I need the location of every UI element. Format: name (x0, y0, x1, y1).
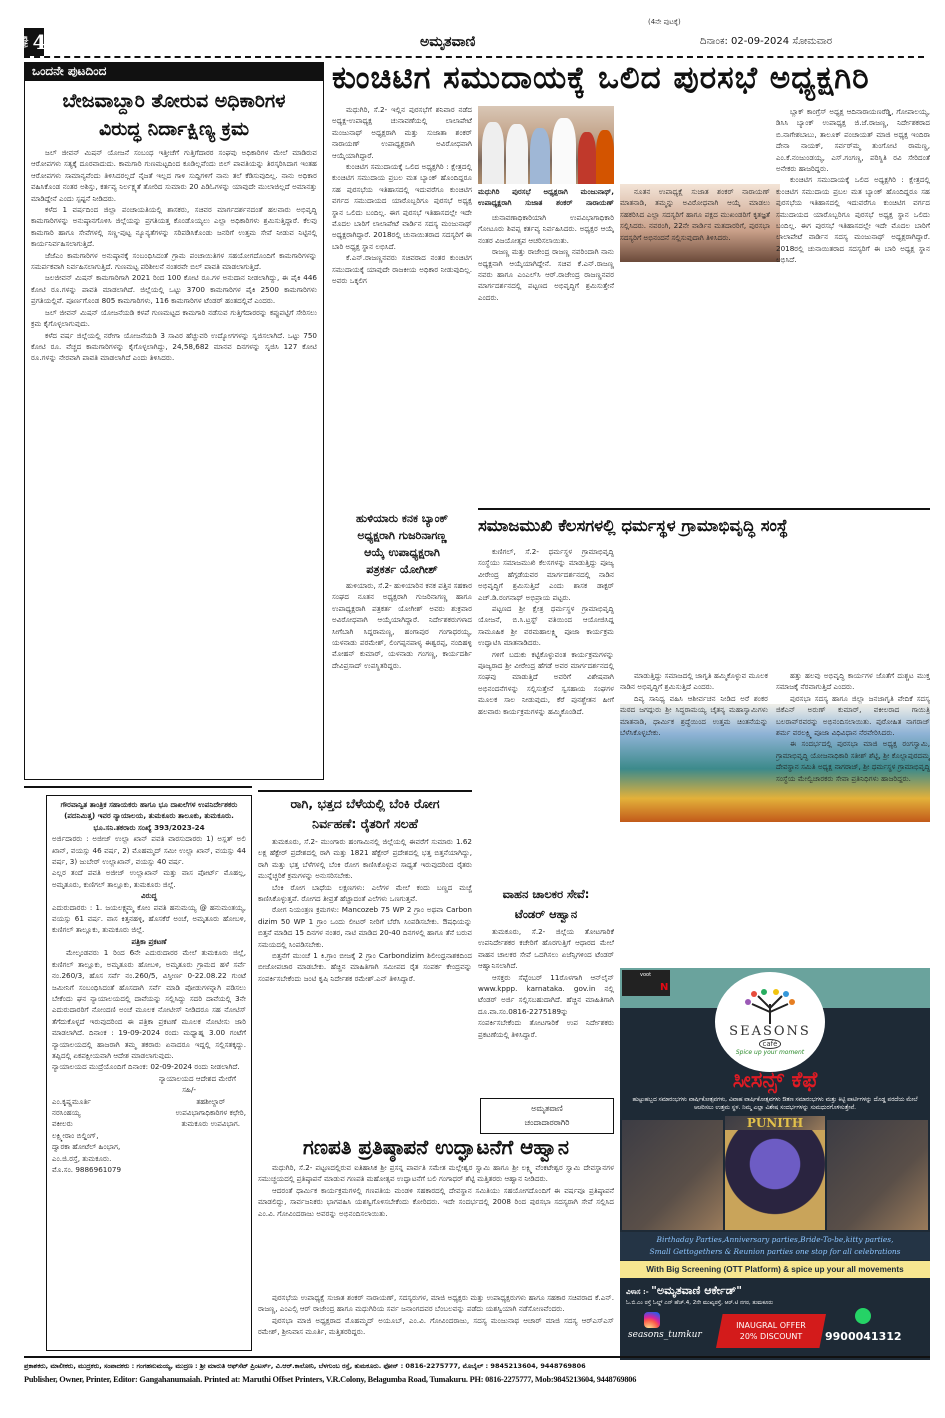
continued-from-front-label: ಒಂದನೇ ಪುಟದಿಂದ (24, 62, 324, 80)
photo-figure (530, 128, 550, 184)
photo-figure (578, 132, 596, 184)
paragraph: ಹತ್ತು ಹಲವು ಅಭಿವೃದ್ಧಿ ಕಾರ್ಯಗಳ ಜೊತೆಗೆ ದುಶ್… (776, 670, 930, 693)
advocate-address: ಲಕ್ಷ್ಮೀರಾಂ ಬಿಲ್ಡಿಂಗ್, (52, 1130, 121, 1141)
tender-body: ತುಮಕೂರು, ಸೆ.2- ಜಿಲ್ಲೆಯ ತೋಟಗಾರಿಕೆ ಉಪನಿರ್ದ… (478, 926, 614, 1094)
paragraph: ತುಮಕೂರು, ಸೆ.2- ಮುಂಗಾರು ಹಂಗಾಮಿನಲ್ಲಿ ಜಿಲ್ಲ… (258, 836, 472, 882)
paragraph: ಕೆ.ಎನ್.ರಾಜಣ್ಣನವರು ಸಚಿವರಾದ ನಂತರ ಕುಂಚಿಟಿಗ … (332, 252, 472, 286)
paragraph: ತುಮಕೂರು, ಸೆ.2- ಜಿಲ್ಲೆಯ ತೋಟಗಾರಿಕೆ ಉಪನಿರ್ದ… (478, 926, 614, 972)
story-body: ಜಲ್ ಜೀವನ್ ಮಿಷನ್ ಯೋಜನೆ ಸಂಬಂಧ ಇತ್ತೀಚೆಗೆ ಗು… (31, 147, 317, 747)
paragraph: ಗಳಿಗೆ ಬದುಕು ಕಟ್ಟಿಕೊಳ್ಳುವಂತ ಕಾರ್ಯಕ್ರಮಗಳನ್… (478, 649, 614, 717)
advocate-block: ಎಂ.ಕೃಷ್ಣಮೂರ್ತಿ ನರಸಿಂಹಯ್ಯ ವಕೀಲರು ಲಕ್ಷ್ಮೀರ… (52, 1096, 121, 1176)
ad-description: ಹುಟ್ಟುಹಬ್ಬದ ಸಮಾರಂಭಗಳು ವಾರ್ಷಿಕೋತ್ಸವಗಳು, ವ… (628, 1096, 922, 1112)
paragraph: ಬ್ಲಾಕ್ ಕಾಂಗ್ರೆಸ್ ಅಧ್ಯಕ್ಷ ಆದಿನಾರಾಯಣರೆಡ್ಡಿ… (776, 106, 930, 174)
paragraph: ಬೆಂಕಿ ರೋಗ ಬಾಧೆಯ ಲಕ್ಷಣಗಳು: ಎಲೆಗಳ ಮೇಲೆ ಕಂದ… (258, 882, 472, 905)
brand-tagline: Spice up your moment (736, 1049, 804, 1056)
publication-body: ಮೇಲ್ಕಂಡವರು 1 ರಿಂದ 6ನೇ ಎದುರುದಾರರ ಮೇಲೆ ತುಮ… (52, 947, 246, 1061)
whatsapp-icon (855, 1308, 871, 1324)
paragraph: ಬಿತ್ತನೆಗೆ ಮುಂಚೆ 1 ಕಿ.ಗ್ರಾಂ ಬೀಜಕ್ಕೆ 2 ಗ್ರ… (258, 950, 472, 984)
lead-headline: ಕುಂಚಿಟಿಗ ಸಮುದಾಯಕ್ಕೆ ಒಲಿದ ಪುರಸಭೆ ಅಧ್ಯಕ್ಷಗ… (332, 60, 932, 96)
paragraph: ಚುನಾವಣಾಧಿಕಾರಿಯಾಗಿ ಉಪವಿಭಾಗಾಧಿಕಾರಿ ಗೋಟೂರು … (478, 212, 614, 246)
continued-story: ಬೇಜವಾಬ್ದಾರಿ ತೋರುವ ಅಧಿಕಾರಿಗಳ ವಿರುದ್ಧ ನಿರ್… (24, 80, 324, 780)
photo-collage: PUNITH (622, 1120, 928, 1230)
signed: ಸಹಿ/- (52, 1084, 246, 1095)
photo-figure (506, 124, 528, 184)
paragraph: ಆದರಂತೆ ಧಾರ್ಮಿಕ ಕಾರ್ಯಕ್ರಮಗಳಲ್ಲಿ ಗಣಪತಿಯ ಮಂ… (258, 1185, 614, 1219)
collage-photo (622, 1120, 723, 1230)
collage-photo: PUNITH (725, 1120, 826, 1230)
page-label: ಪುಟ (22, 36, 32, 48)
collage-photo (827, 1120, 928, 1230)
case-number: ಭೂ.ಸನಿ.ತಕರಾರು ಸಂಖ್ಯೆ 393/2023-24 (52, 822, 246, 833)
punith-label: PUNITH (725, 1116, 826, 1130)
officer-place: ತುಮಕೂರು ಉಪವಿಭಾಗ. (176, 1118, 246, 1129)
page-number: 4 (33, 30, 47, 54)
paragraph: ಹುಳಿಯಾರು, ಸೆ.2- ಹುಳಿಯಾರಿನ ಕನಕ ಪತ್ತಿನ ಸಹಕ… (332, 580, 472, 671)
parties-line: Small Gettogethers & Reunion parties one… (620, 1246, 930, 1258)
venue-prefix: ವಿಳಾಸ :- (626, 1288, 649, 1296)
paragraph: ಕುಂಚಿಟಿಗ ಸಮುದಾಯಕ್ಕೆ ಒಲಿದ ಅಧ್ಯಕ್ಷಗಿರಿ : ಕ… (332, 161, 472, 252)
tree-icon (740, 988, 800, 1024)
paragraph: ಮಧುಗಿರಿ, ಸೆ.2- ಪಟ್ಟಣದಲ್ಲಿರುವ ಐತಿಹಾಸಿಕ ಶ್… (258, 1162, 614, 1185)
advocate-address: ಎಂ.ಜಿ.ರಸ್ತೆ, ತುಮಕೂರು. (52, 1153, 121, 1164)
applicants: ಅರ್ಜಿದಾರರು : ಅಜೀಜ್ ಉಲ್ಲಾ ಖಾನ್ ಪವತಿ ವಾರಸು… (52, 833, 246, 867)
headline-line: ವಾಹನ ಚಾಲಕರ ಸೇವೆ: (478, 884, 614, 904)
seasons-logo: SEASONS café Spice up your moment (715, 972, 825, 1072)
headline-line: ಹುಳಿಯಾರು ಕನಕ ಬ್ಯಾಂಕ್ (332, 510, 472, 527)
paragraph: ನೂತನ ಉಪಾಧ್ಯಕ್ಷೆ ಸುಜಾತ ಶಂಕರ್ ನಾರಾಯಣ್ ಮಾತನ… (620, 186, 770, 243)
footer-divider (24, 1356, 930, 1358)
story-headline-line1: ಬೇಜವಾಬ್ದಾರಿ ತೋರುವ ಅಧಿಕಾರಿಗಳ (31, 87, 317, 115)
publication-label: ಪತ್ರಿಕಾ ಪ್ರಕಟಣೆ (52, 936, 246, 947)
paragraph: ಪುರಸಭೆಯ ಉಪಾಧ್ಯಕ್ಷೆ ಸುಜಾತ ಶಂಕರ್ ನಾರಾಯಣ್, … (258, 1292, 614, 1315)
paragraph: ರೋಗ ನಿಯಂತ್ರಣ ಕ್ರಮಗಳು: Mancozeb 75 WP 2 ಗ… (258, 904, 472, 950)
legal-notice: ಗೌರವಾನ್ವಿತ ತಾಂತ್ರಿಕ ಸಹಾಯಕರು ಹಾಗೂ ಭೂ ದಾಖಲ… (46, 795, 252, 1351)
ad-contact-strip: ವಿಳಾಸ :- "ಅಮೃತವಾಣಿ ಆರ್ಕೇಡ್" ಓ.ಬಿ.ಎಂ ರಸ್ತ… (620, 1278, 930, 1360)
continued-note: (4ನೇ ಪುಟಕ್ಕೆ) (648, 18, 681, 27)
inaugural-offer-banner: INAUGRAL OFFER 20% DISCOUNT (716, 1314, 826, 1348)
headline-line: ಟೆಂಡರ್ ಆಹ್ವಾನ (478, 904, 614, 924)
brand-kannada-name: ಸೀಸನ್ಸ್ ಕೆಫೆ (620, 1068, 930, 1093)
paragraph: ಕಳೆದ ವರ್ಷ ಜಿಲ್ಲೆಯಲ್ಲಿ ನರೇಗಾ ಯೋಜನೆಯಡಿ 3 ಸ… (31, 330, 317, 364)
offer-line: INAUGRAL OFFER (716, 1320, 826, 1331)
divider (258, 790, 472, 792)
subscribe-line1: ಅಮೃತವಾಣಿ (481, 1102, 613, 1116)
photo-figure (596, 130, 614, 184)
parties-text: Birthaday Parties,Anniversary parties,Br… (620, 1232, 930, 1260)
paragraph: ಮಾಡುತ್ತಿದ್ದು ಸಮಾಜದಲ್ಲಿ ಜಾಗೃತಿ ಹಮ್ಮಿಕೊಳ್ಳ… (620, 670, 768, 693)
headline-line: ರಾಗಿ, ಭತ್ತದ ಬೆಳೆಯಲ್ಲಿ ಬೆಂಕಿ ರೋಗ (258, 794, 472, 814)
ganapati-body: ಮಧುಗಿರಿ, ಸೆ.2- ಪಟ್ಟಣದಲ್ಲಿರುವ ಐತಿಹಾಸಿಕ ಶ್… (258, 1162, 614, 1290)
paragraph: ಕುಣಿಗಲ್, ಸೆ.2- ಧರ್ಮಸ್ಥಳ ಗ್ರಾಮಾಭಿವೃದ್ಧಿ ಸ… (478, 546, 614, 603)
lead-story-col1: ಮಧುಗಿರಿ, ಸೆ.2- ಇಲ್ಲಿನ ಪುರಸಭೆಗೆ ಶನಿವಾರ ನಡ… (332, 104, 472, 502)
lead-story-col3: ನೂತನ ಉಪಾಧ್ಯಕ್ಷೆ ಸುಜಾತ ಶಂಕರ್ ನಾರಾಯಣ್ ಮಾತನ… (620, 186, 770, 504)
lead-story-col4: ಬ್ಲಾಕ್ ಕಾಂಗ್ರೆಸ್ ಅಧ್ಯಕ್ಷ ಆದಿನಾರಾಯಣರೆಡ್ಡಿ… (776, 106, 930, 504)
officer-block: ತಹಶೀಲ್ದಾರ್ ಉಪವಿಭಾಗಾಧಿಕಾರಿಗಳ ಕಛೇರಿ, ತುಮಕೂ… (176, 1096, 246, 1176)
offer-line: 20% DISCOUNT (716, 1331, 826, 1342)
ragi-body: ತುಮಕೂರು, ಸೆ.2- ಮುಂಗಾರು ಹಂಗಾಮಿನಲ್ಲಿ ಜಿಲ್ಲ… (258, 836, 472, 1126)
footer-imprint-kannada: ಪ್ರಕಾಶಕರು, ಮಾಲೀಕರು, ಮುದ್ರಕರು, ಸಂಪಾದಕರು :… (24, 1362, 586, 1371)
paragraph: ಜಲಜೀವನ್ ಮಿಷನ್ ಕಾಮಗಾರಿಗಾಗಿ 2021 ರಿಂದ 100 … (31, 272, 317, 306)
photo-figure (552, 118, 576, 184)
advocate-address: ದ್ವಾರಕಾ ಹೋಟೆಲ್ ಹಿಂಭಾಗ, (52, 1141, 121, 1152)
advocate-name2: ನರಸಿಂಹಯ್ಯ (52, 1107, 121, 1118)
ott-badges: voot N (622, 970, 670, 996)
ganapati-headline: ಗಣಪತಿ ಪ್ರತಿಷ್ಠಾಪನೆ ಉದ್ಘಾಟನೆಗೆ ಆಹ್ವಾನ (258, 1134, 614, 1160)
subscribe-box: ಅಮೃತವಾಣಿ ಚಂದಾದಾರರಾಗಿರಿ (480, 1098, 614, 1134)
story-headline-line2: ವಿರುದ್ಧ ನಿರ್ದಾಕ್ಷಿಣ್ಯ ಕ್ರಮ (31, 115, 317, 143)
lead-story-closing: ಪುರಸಭೆಯ ಉಪಾಧ್ಯಕ್ಷೆ ಸುಜಾತ ಶಂಕರ್ ನಾರಾಯಣ್, … (258, 1292, 614, 1350)
lead-story-col2: ಚುನಾವಣಾಧಿಕಾರಿಯಾಗಿ ಉಪವಿಭಾಗಾಧಿಕಾರಿ ಗೋಟೂರು … (478, 212, 614, 502)
divider (478, 508, 930, 510)
advocate-name: ಎಂ.ಕೃಷ್ಣಮೂರ್ತಿ (52, 1096, 121, 1107)
respondent: ಎದುರುದಾರರು : 1. ಜಯಲಕ್ಷ್ಮಮ್ಮ ಕೋಂ ಪವತಿ ಹನು… (52, 902, 246, 936)
court-header: ಗೌರವಾನ್ವಿತ ತಾಂತ್ರಿಕ ಸಹಾಯಕರು ಹಾಗೂ ಭೂ ದಾಖಲ… (52, 799, 246, 822)
instagram-handle: seasons_tumkur (628, 1330, 702, 1340)
headline-line: ಪತ್ರಕರ್ತ ಯೋಗೀಶ್ (332, 561, 472, 578)
brand-sub: café (759, 1039, 782, 1049)
paragraph: ಜೆಜೆಎಂ ಕಾಮಗಾರಿಗಳ ಅನುಷ್ಠಾನಕ್ಕೆ ಸಂಬಂಧಿಸಿದಂ… (31, 250, 317, 273)
page-number-badge: ಪುಟ 4 (24, 28, 44, 56)
advocate-title: ವಕೀಲರು (52, 1118, 121, 1129)
venue: ವಿಳಾಸ :- "ಅಮೃತವಾಣಿ ಆರ್ಕೇಡ್" (626, 1284, 742, 1298)
officer-title: ತಹಶೀಲ್ದಾರ್ (176, 1096, 246, 1107)
lead-photo (478, 106, 614, 184)
paragraph: ಮಧುಗಿರಿ, ಸೆ.2- ಇಲ್ಲಿನ ಪುರಸಭೆಗೆ ಶನಿವಾರ ನಡ… (332, 104, 472, 161)
paragraph: ಕಳೆದ 1 ವರ್ಷದಿಂದ ಜಿಲ್ಲಾ ಪಂಚಾಯತಿಯಲ್ಲಿ ಶಾಸಕ… (31, 204, 317, 250)
bank-story-body: ಹುಳಿಯಾರು, ಸೆ.2- ಹುಳಿಯಾರಿನ ಕನಕ ಪತ್ತಿನ ಸಹಕ… (332, 580, 472, 785)
paragraph: ಪುರಸಭಾ ಸದಸ್ಯ ಹಾಗೂ ಜಿಲ್ಲಾ ಜನಜಾಗೃತಿ ವೇದಿಕೆ… (776, 693, 930, 739)
headline-line: ಅಧ್ಯಕ್ಷರಾಗಿ ಗುಜರಿನಾಗಣ್ಣ (332, 527, 472, 544)
officer-office: ಉಪವಿಭಾಗಾಧಿಕಾರಿಗಳ ಕಛೇರಿ, (176, 1107, 246, 1118)
seal-line: ನ್ಯಾಯಾಲಯದ ಮುದ್ರೆಯೊಂದಿಗೆ ದಿನಾಂಕ: 02-09-20… (52, 1061, 246, 1072)
instagram-icon (644, 1312, 660, 1328)
bank-story-headline: ಹುಳಿಯಾರು ಕನಕ ಬ್ಯಾಂಕ್ ಅಧ್ಯಕ್ಷರಾಗಿ ಗುಜರಿನಾ… (332, 510, 472, 578)
respondent-label: ವಿರುದ್ಧ (52, 890, 246, 901)
ragi-headline: ರಾಗಿ, ಭತ್ತದ ಬೆಳೆಯಲ್ಲಿ ಬೆಂಕಿ ರೋಗ ನಿರ್ವಹಣೆ… (258, 794, 472, 834)
masthead-divider (24, 56, 924, 58)
ott-badge-voot: voot (640, 972, 651, 978)
dharmasthala-headline: ಸಮಾಜಮುಖಿ ಕೆಲಸಗಳಲ್ಲಿ ಧರ್ಮಸ್ಥಳ ಗ್ರಾಮಾಭಿವೃದ… (478, 512, 930, 540)
ad-phone: 9900041312 (825, 1330, 902, 1343)
seasons-cafe-ad: voot N SEASONS café Spice up your moment… (620, 968, 930, 1360)
order-line: ನ್ಯಾಯಾಲಯದ ಆದೇಶದ ಮೇರೆಗೆ (52, 1073, 246, 1084)
headline-line: ನಿರ್ವಹಣೆ: ರೈತರಿಗೆ ಸಲಹೆ (258, 814, 472, 834)
paragraph: ಜಲ್ ಜೀವನ್ ಮಿಷನ್ ಯೋಜನೆಯಡಿ ಕಳಪೆ ಗುಣಮಟ್ಟದ ಕ… (31, 307, 317, 330)
paragraph: ಈ ಸಂದರ್ಭದಲ್ಲಿ ಪುರಸಭಾ ಮಾಜಿ ಅಧ್ಯಕ್ಷ ರಂಗಸ್ವ… (776, 738, 930, 784)
tender-headline: ವಾಹನ ಚಾಲಕರ ಸೇವೆ: ಟೆಂಡರ್ ಆಹ್ವಾನ (478, 884, 614, 924)
dharmasthala-col3: ಹತ್ತು ಹಲವು ಅಭಿವೃದ್ಧಿ ಕಾರ್ಯಗಳ ಜೊತೆಗೆ ದುಶ್… (776, 670, 930, 960)
footer-imprint-english: Publisher, Owner, Printer, Editor: Ganga… (24, 1375, 636, 1384)
residence: ಎಲ್ಲರ ತಂದೆ ಪವತಿ ಅಜೀಜ್ ಉಲ್ಲಾಖಾನ್ ಮತ್ತು ವಾ… (52, 867, 246, 890)
lead-photo-caption: ಮಧುಗಿರಿ ಪುರಸಭೆ ಅಧ್ಯಕ್ಷರಾಗಿ ಮಂಜುನಾಥ್, ಉಪಾ… (478, 186, 614, 210)
photo-figure (482, 122, 504, 184)
paragraph: ಪುರಸಭಾ ಮಾಜಿ ಅಧ್ಯಕ್ಷರಾದ ಮೊಹಮ್ಮದ್ ಅಯೂಬ್, ಎ… (258, 1315, 614, 1338)
paragraph: ಜಲ್ ಜೀವನ್ ಮಿಷನ್ ಯೋಜನೆ ಸಂಬಂಧ ಇತ್ತೀಚೆಗೆ ಗು… (31, 147, 317, 204)
paragraph: ಕುಂಚಿಟಿಗ ಸಮುದಾಯಕ್ಕೆ ಒಲಿದ ಅಧ್ಯಕ್ಷಗಿರಿ : ಕ… (776, 174, 930, 265)
paragraph: ದಿವ್ಯ ಸಾನಿಧ್ಯ ವಹಿಸಿ ಆಶೀರ್ವಚನ ನೀಡಿದ ಅರೆ ಶ… (620, 693, 768, 739)
paragraph: ಆಸಕ್ತರು ಸೆಪ್ಟೆಂಬರ್ 11ರೊಳಗಾಗಿ ಆನ್‌ಲೈನ್ ww… (478, 972, 614, 1040)
parties-line: Birthaday Parties,Anniversary parties,Br… (620, 1234, 930, 1246)
venue-name: "ಅಮೃತವಾಣಿ ಆರ್ಕೇಡ್" (651, 1284, 742, 1297)
paper-name: ಅಮೃತವಾಣಿ (420, 34, 475, 50)
paragraph: ಪಟ್ಟಣದ ಶ್ರೀ ಕ್ಷೇತ್ರ ಧರ್ಮಸ್ಥಳ ಗ್ರಾಮಾಭಿವೃದ… (478, 603, 614, 649)
ott-badge-netflix: N (660, 982, 668, 993)
dharmasthala-col1: ಕುಣಿಗಲ್, ಸೆ.2- ಧರ್ಮಸ್ಥಳ ಗ್ರಾಮಾಭಿವೃದ್ಧಿ ಸ… (478, 546, 614, 876)
paragraph: ರಾಜಣ್ಣ ಮತ್ತು ರಾಜೇಂದ್ರ ರಾಜಣ್ಣ ನವರಿಂದಾಗಿ ನ… (478, 246, 614, 303)
venue-address: ಓ.ಬಿ.ಎಂ ರಸ್ತೆ ಓಲ್ಡ್ ಎನ್ ಹೆಚ್.4, 2ನೇ ಮುಖ್… (626, 1300, 773, 1307)
divider (24, 786, 252, 788)
headline-line: ಆಯ್ಕೆ ಉಪಾಧ್ಯಕ್ಷರಾಗಿ (332, 544, 472, 561)
dharmasthala-col2: ಮಾಡುತ್ತಿದ್ದು ಸಮಾಜದಲ್ಲಿ ಜಾಗೃತಿ ಹಮ್ಮಿಕೊಳ್ಳ… (620, 670, 768, 960)
subscribe-line2: ಚಂದಾದಾರರಾಗಿರಿ (481, 1116, 613, 1130)
brand-name: SEASONS (729, 1024, 811, 1039)
ott-line: With Big Screening (OTT Platform) & spic… (620, 1261, 930, 1278)
advocate-phone: ಮೊ.ಸಂ. 9886961079 (52, 1164, 121, 1175)
date-line: ದಿನಾಂಕ: 02-09-2024 ಸೋಮವಾರ (700, 36, 832, 47)
